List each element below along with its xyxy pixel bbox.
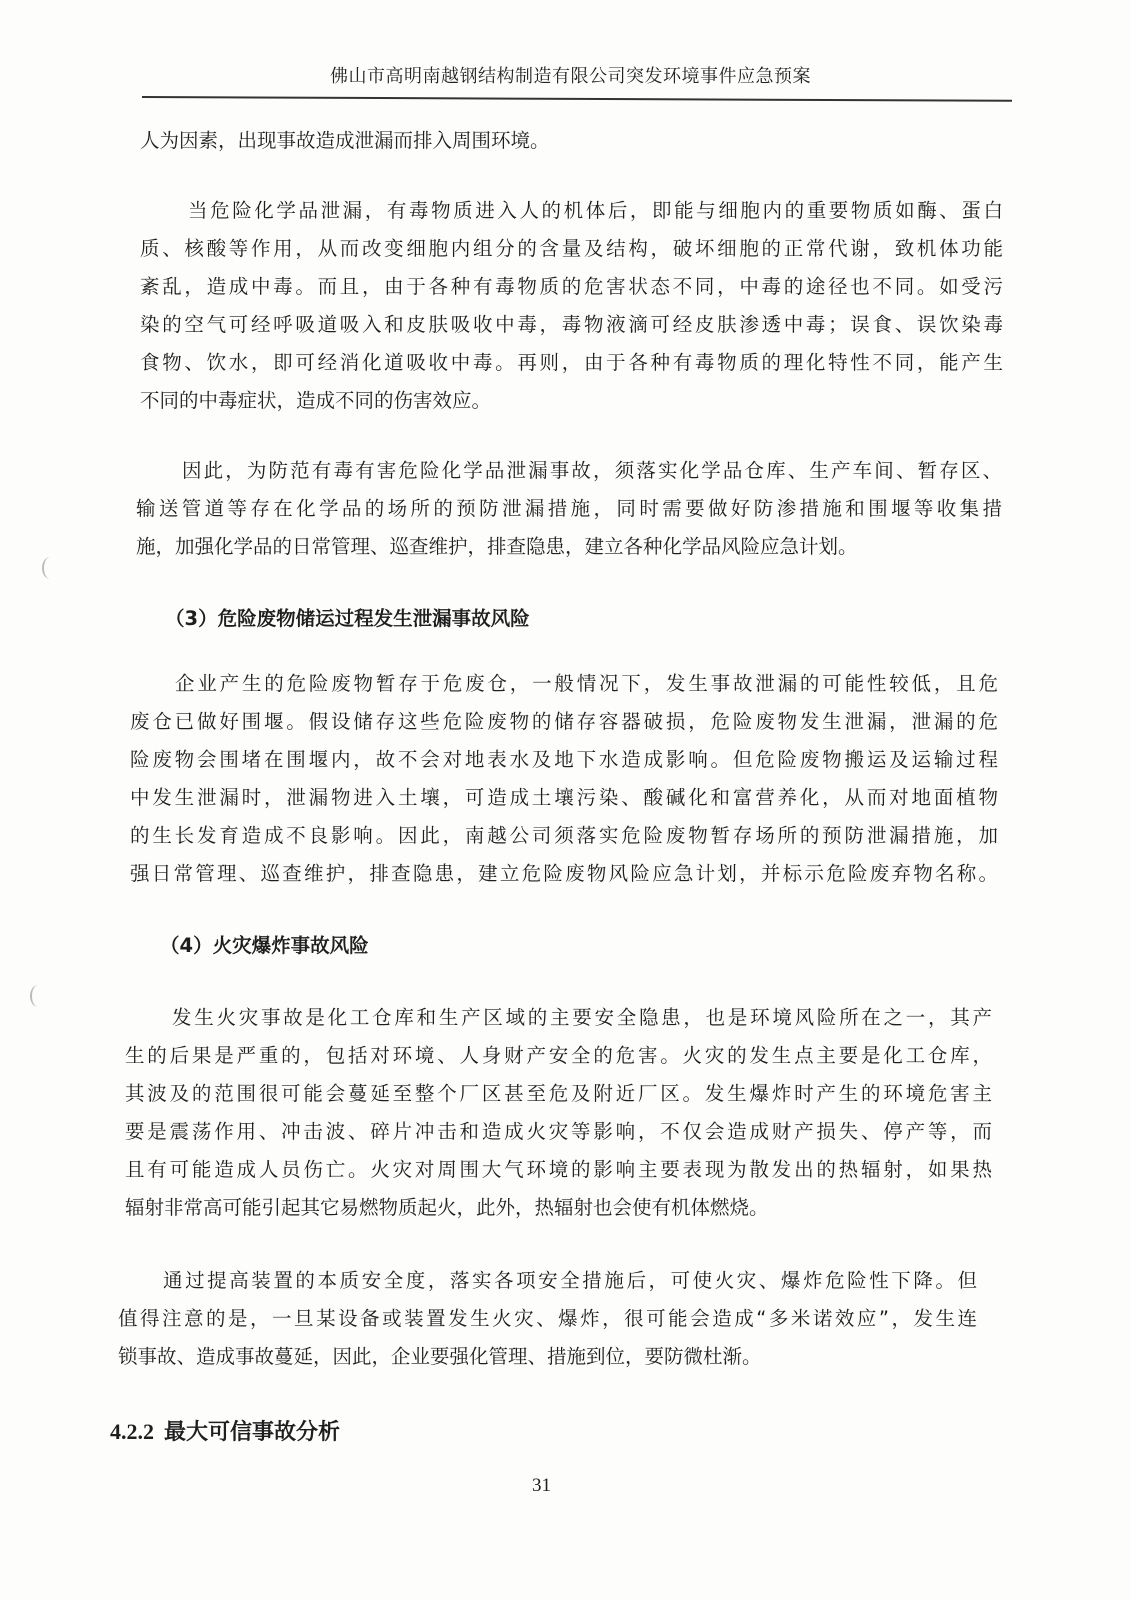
- paragraph-line: 锁事故、造成事故蔓延，因此，企业要强化管理、措施到位，要防微杜渐。: [118, 1341, 762, 1369]
- paragraph-line: 其波及的范围很可能会蔓延至整个厂区甚至危及附近厂区。发生爆炸时产生的环境危害主: [125, 1078, 992, 1106]
- paragraph-line: 当危险化学品泄漏，有毒物质进入人的机体后，即能与细胞内的重要物质如酶、蛋白: [188, 195, 1003, 223]
- paragraph-line: 施，加强化学品的日常管理、巡查维护，排查隐患，建立各种化学品风险应急计划。: [136, 531, 858, 559]
- paragraph-line: 不同的中毒症状，造成不同的伤害效应。: [140, 385, 491, 413]
- paragraph-line: 质、核酸等作用，从而改变细胞内组分的含量及结构，破坏细胞的正常代谢，致机体功能: [140, 233, 1003, 261]
- page-number: 31: [532, 1475, 551, 1497]
- paragraph-line: 染的空气可经呼吸道吸入和皮肤吸收中毒，毒物液滴可经皮肤渗透中毒；误食、误饮染毒: [140, 309, 1003, 337]
- header-divider: [142, 96, 1012, 102]
- paragraph-line: 险废物会围堵在围堰内，故不会对地表水及地下水造成影响。但危险废物搬运及运输过程: [130, 744, 998, 772]
- subsection-heading: （4）火灾爆炸事故风险: [160, 930, 369, 958]
- paragraph-line: 值得注意的是，一旦某设备或装置发生火灾、爆炸，很可能会造成“多米诺效应”，发生连: [118, 1303, 977, 1331]
- paragraph-line: 生的后果是严重的，包括对环境、人身财产安全的危害。火灾的发生点主要是化工仓库，: [125, 1040, 992, 1068]
- paragraph-line: 通过提高装置的本质安全度，落实各项安全措施后，可使火灾、爆炸危险性下降。但: [163, 1265, 977, 1293]
- paragraph-line: 食物、饮水，即可经消化道吸收中毒。再则，由于各种有毒物质的理化特性不同，能产生: [140, 347, 1003, 375]
- paragraph-line: 且有可能造成人员伤亡。火灾对周围大气环境的影响主要表现为散发出的热辐射，如果热: [125, 1154, 992, 1182]
- paragraph-line: 辐射非常高可能引起其它易燃物质起火，此外，热辐射也会使有机体燃烧。: [125, 1192, 769, 1220]
- paragraph-line: 人为因素，出现事故造成泄漏而排入周围环境。: [140, 125, 550, 153]
- paragraph-line: 强日常管理、巡查维护，排查隐患，建立危险废物风险应急计划，并标示危险废弃物名称。: [130, 858, 998, 886]
- paragraph-line: 中发生泄漏时，泄漏物进入土壤，可造成土壤污染、酸碱化和富营养化，从而对地面植物: [130, 782, 998, 810]
- running-header-title: 佛山市高明南越钢结构制造有限公司突发环境事件应急预案: [330, 62, 1010, 88]
- paragraph-line: 企业产生的危险废物暂存于危废仓，一般情况下，发生事故泄漏的可能性较低，且危: [175, 668, 998, 696]
- scan-mark: [30, 985, 46, 1007]
- paragraph-line: 紊乱，造成中毒。而且，由于各种有毒物质的危害状态不同，中毒的途径也不同。如受污: [140, 271, 1003, 299]
- scan-mark: [42, 557, 58, 579]
- section-title: 最大可信事故分析: [164, 1420, 340, 1445]
- paragraph-line: 废仓已做好围堰。假设储存这些危险废物的储存容器破损，危险废物发生泄漏，泄漏的危: [130, 706, 998, 734]
- paragraph-line: 的生长发育造成不良影响。因此，南越公司须落实危险废物暂存场所的预防泄漏措施，加: [130, 820, 998, 848]
- paragraph-line: 要是震荡作用、冲击波、碎片冲击和造成火灾等影响，不仅会造成财产损失、停产等，而: [125, 1116, 992, 1144]
- subsection-heading: （3）危险废物储运过程发生泄漏事故风险: [165, 603, 530, 631]
- section-heading: 4.2.2最大可信事故分析: [110, 1415, 340, 1446]
- paragraph-line: 发生火灾事故是化工仓库和生产区域的主要安全隐患，也是环境风险所在之一，其产: [172, 1002, 992, 1030]
- paragraph-line: 输送管道等存在化学品的场所的预防泄漏措施，同时需要做好防渗措施和围堰等收集措: [136, 493, 1002, 521]
- paragraph-line: 因此，为防范有毒有害危险化学品泄漏事故，须落实化学品仓库、生产车间、暂存区、: [182, 455, 1002, 483]
- section-number: 4.2.2: [110, 1419, 154, 1444]
